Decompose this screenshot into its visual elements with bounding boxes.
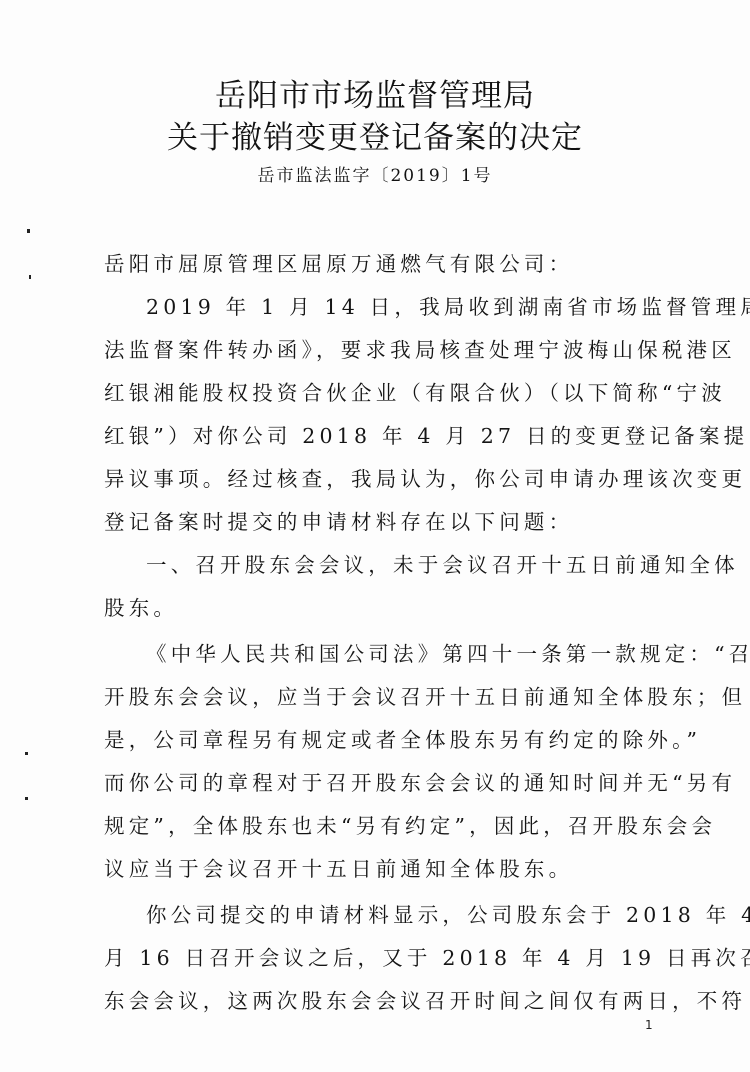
section-heading-1: 一、召开股东会会议，未于会议召开十五日前通知全体 xyxy=(104,545,739,586)
body-line: 而你公司的章程对于召开股东会会议的通知时间并无“另有 xyxy=(104,763,736,804)
scan-speck-mark xyxy=(27,229,30,233)
body-line: 股东。 xyxy=(104,588,178,629)
body-line: 议应当于会议召开十五日前通知全体股东。 xyxy=(104,849,573,890)
page-number: 1 xyxy=(645,1018,653,1032)
body-line: 红银”）对你公司 2018 年 4 月 27 日的变更登记备案提出的 xyxy=(104,416,750,457)
scan-speck-mark xyxy=(25,752,28,755)
body-line: 法监督案件转办函》，要求我局核查处理宁波梅山保税港区 xyxy=(104,330,736,371)
document-title-line-2: 关于撤销变更登记备案的决定 xyxy=(0,118,750,158)
addressee: 岳阳市屈原管理区屈原万通燃气有限公司： xyxy=(104,244,573,285)
body-line: 规定”，全体股东也未“另有约定”，因此，召开股东会会 xyxy=(104,806,716,847)
body-line: 异议事项。经过核查，我局认为，你公司申请办理该次变更 xyxy=(104,459,746,500)
body-line: 东会会议，这两次股东会会议召开时间之间仅有两日，不符 xyxy=(104,981,746,1022)
body-line: 2019 年 1 月 14 日，我局收到湖南省市场监督管理局《执 xyxy=(104,287,750,328)
scan-speck-mark xyxy=(25,797,28,800)
body-line: 你公司提交的申请材料显示，公司股东会于 2018 年 4 xyxy=(104,895,750,936)
body-line: 是，公司章程另有规定或者全体股东另有约定的除外。” xyxy=(104,720,701,761)
scan-speck-mark xyxy=(29,275,31,279)
body-line: 《中华人民共和国公司法》第四十一条第一款规定：“召 xyxy=(104,634,750,675)
document-title-line-1: 岳阳市市场监督管理局 xyxy=(0,76,750,116)
scanned-document-page: 岳阳市市场监督管理局 关于撤销变更登记备案的决定 岳市监法监字〔2019〕1号 … xyxy=(0,0,750,1072)
document-reference-number: 岳市监法监字〔2019〕1号 xyxy=(0,164,750,188)
body-line: 开股东会会议，应当于会议召开十五日前通知全体股东；但 xyxy=(104,677,746,718)
body-line: 月 16 日召开会议之后，又于 2018 年 4 月 19 日再次召开股 xyxy=(104,938,750,979)
body-line: 登记备案时提交的申请材料存在以下问题： xyxy=(104,502,573,543)
body-line: 红银湘能股权投资合伙企业（有限合伙）（以下简称“宁波 xyxy=(104,373,726,414)
